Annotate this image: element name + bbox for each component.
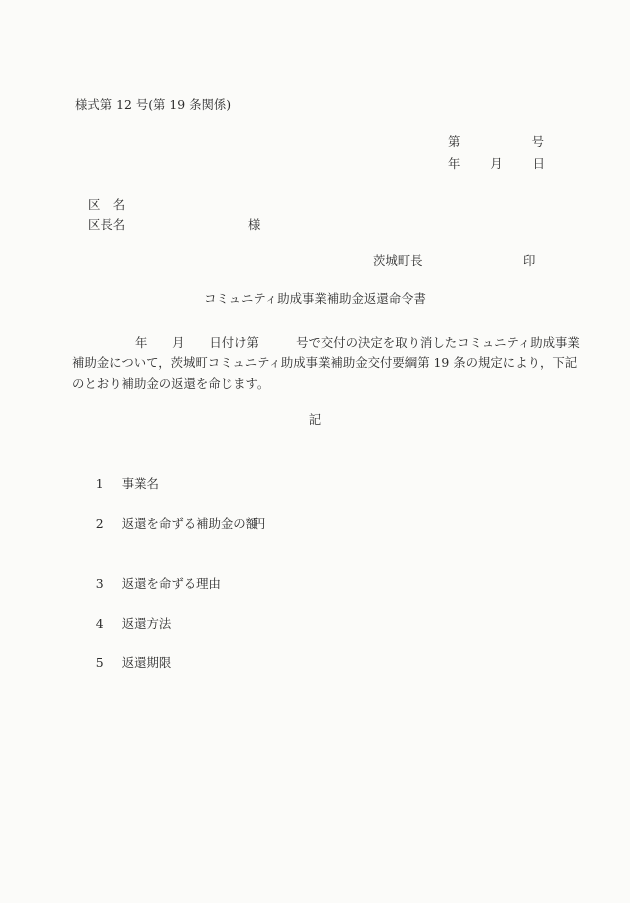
- document-title: コミュニティ助成事業補助金返還命令書: [0, 289, 630, 309]
- addressee-honorific: 様: [248, 215, 260, 235]
- date-year-label: 年: [448, 154, 460, 174]
- list-item-label: 事業名: [122, 476, 159, 491]
- list-item-number: 2: [96, 514, 122, 534]
- date-day-label: 日: [533, 154, 545, 174]
- amount-unit-yen: 円: [253, 514, 265, 534]
- body-paragraph: 年 月 日付け第 号で交付の決定を取り消したコミュニティ助成事業 補助金について…: [72, 333, 585, 394]
- list-item-return-amount: 2返還を命ずる補助金の額: [80, 494, 258, 554]
- body-line: 補助金について，茨城町コミュニティ助成事業補助金交付要綱第 19 条の規定により…: [72, 353, 585, 373]
- list-header-ki: 記: [0, 410, 630, 430]
- date-line: 年 月 日: [448, 154, 545, 174]
- list-item-number: 5: [96, 653, 122, 673]
- list-item-label: 返還を命ずる補助金の額: [122, 516, 258, 531]
- list-item-number: 3: [96, 574, 122, 594]
- body-line: 年 月 日付け第 号で交付の決定を取り消したコミュニティ助成事業: [72, 333, 585, 353]
- body-line: のとおり補助金の返還を命じます。: [72, 374, 585, 394]
- date-month-label: 月: [490, 154, 502, 174]
- form-number: 様式第 12 号(第 19 条関係): [75, 95, 231, 115]
- document-page: 様式第 12 号(第 19 条関係) 第 号 年 月 日 区 名 区長名 様 茨…: [0, 0, 630, 903]
- list-item-number: 1: [96, 474, 122, 494]
- list-item-label: 返還方法: [122, 616, 172, 631]
- list-item-label: 返還を命ずる理由: [122, 576, 221, 591]
- document-number-line: 第 号: [448, 132, 544, 152]
- list-item-return-deadline: 5返還期限: [80, 633, 171, 693]
- district-mayor-label: 区長名: [88, 215, 125, 235]
- list-item-label: 返還期限: [122, 655, 172, 670]
- district-name-label: 区 名: [88, 195, 125, 215]
- seal-label: 印: [523, 251, 535, 271]
- issuer-title: 茨城町長: [373, 251, 423, 271]
- document-number-suffix: 号: [532, 132, 544, 152]
- list-item-number: 4: [96, 614, 122, 634]
- document-number-prefix: 第: [448, 132, 460, 152]
